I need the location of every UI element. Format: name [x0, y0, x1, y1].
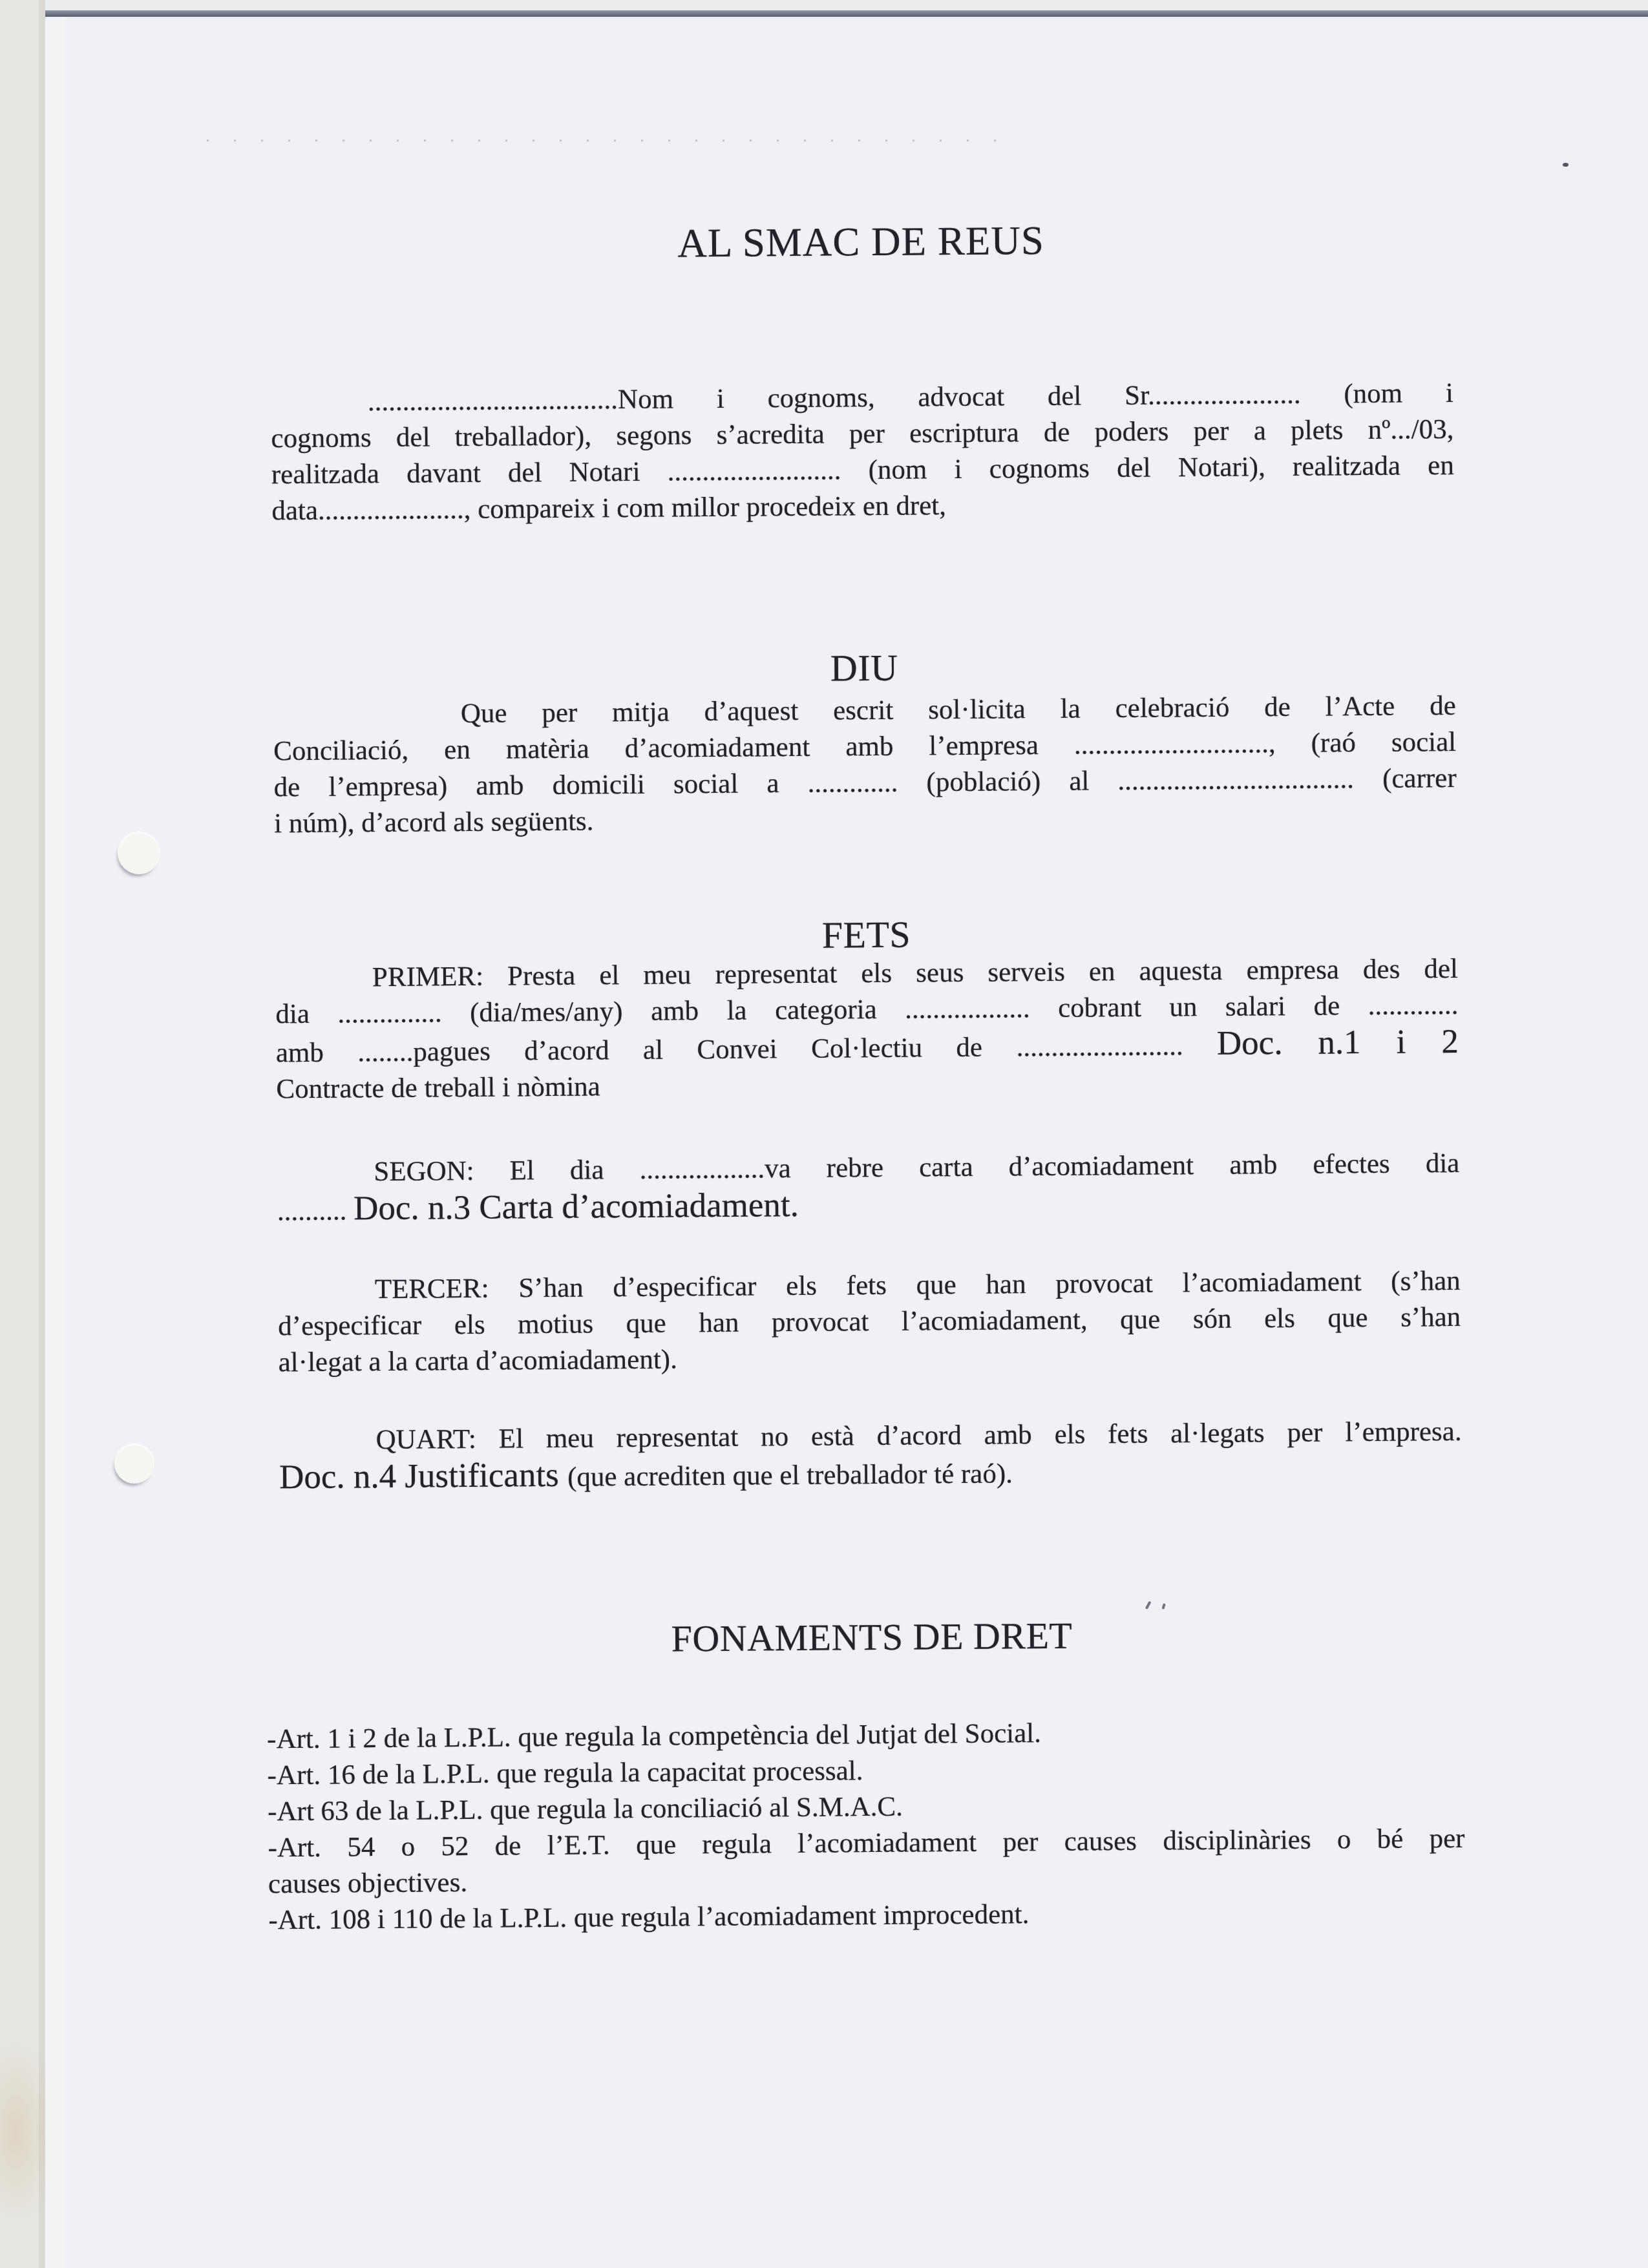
doc-reference-4: Doc. n.4 Justificants	[279, 1456, 567, 1496]
document-title: AL SMAC DE REUS	[269, 215, 1452, 268]
scanner-bed-top	[0, 0, 1648, 10]
fact-tercer: TERCER: S’han d’especificar els fets que…	[278, 1263, 1461, 1381]
pen-mark	[1145, 1601, 1152, 1610]
fact-segon: SEGON: El dia ..................va rebre…	[277, 1146, 1460, 1230]
text-line: Doc. n.4 Justificants (que acrediten que…	[279, 1450, 1462, 1498]
document-page: AL SMAC DE REUS ........................…	[45, 17, 1648, 2268]
fact-quart: QUART: El meu representat no està d’acor…	[279, 1414, 1462, 1498]
legal-articles-list: -Art. 1 i 2 de la L.P.L. que regula la c…	[267, 1712, 1466, 1939]
fact-primer: PRIMER: Presta el meu representat els se…	[275, 951, 1459, 1108]
pen-mark	[1161, 1603, 1166, 1610]
scanned-legal-document: AL SMAC DE REUS ........................…	[0, 0, 1648, 2268]
doc-reference-1-2: Doc. n.1 i 2	[1217, 1023, 1459, 1062]
text-run: amb ........pagues d’acord al Convei Col…	[276, 1031, 1217, 1068]
document-content: AL SMAC DE REUS ........................…	[43, 9, 1648, 2268]
section-heading-fonaments: FONAMENTS DE DRET	[280, 1613, 1463, 1662]
text-run: ..........	[277, 1195, 354, 1226]
diu-paragraph: Que per mitja d’aquest escrit sol·licita…	[273, 688, 1457, 842]
text-line: .......... Doc. n.3 Carta d’acomiadament…	[277, 1182, 1460, 1230]
scanner-bed-left	[0, 0, 45, 2268]
intro-paragraph: ....................................Nom …	[271, 375, 1455, 529]
text-run: (que acrediten que el treballador té raó…	[567, 1458, 1013, 1492]
doc-reference-3: Doc. n.3 Carta d’acomiadament.	[354, 1186, 799, 1227]
section-heading-diu: DIU	[273, 644, 1455, 693]
